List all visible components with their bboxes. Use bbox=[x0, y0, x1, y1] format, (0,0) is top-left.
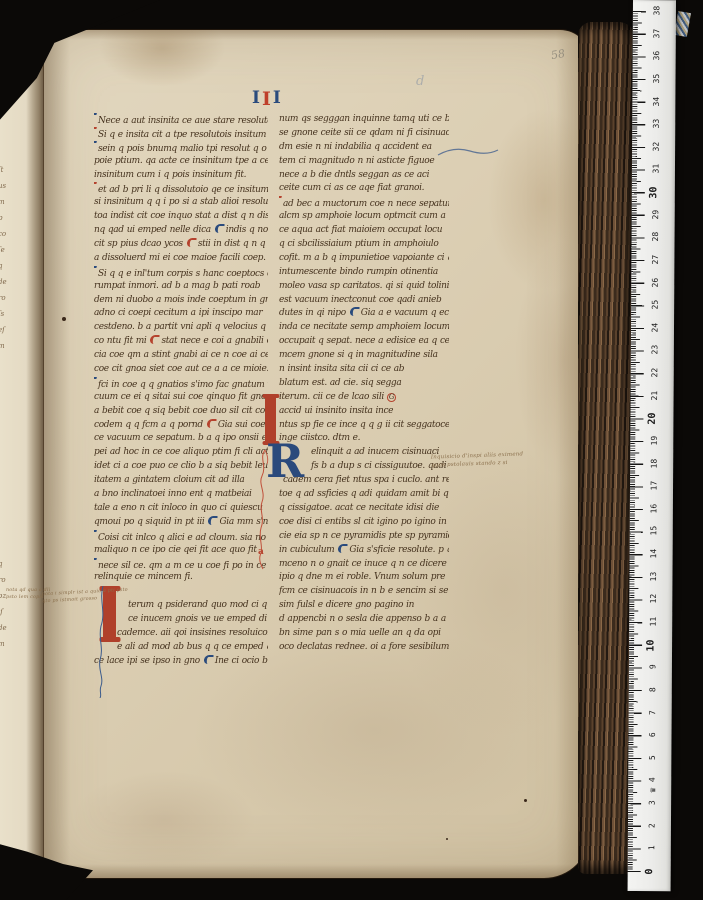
text-line: maliquo n ce ipo cie qei fit ace quo fit bbox=[94, 544, 268, 558]
text-line: cadem cera fiet ntus spa i cuclo. ant re… bbox=[279, 474, 449, 488]
text-line: toe q ad ssficies q adi quidam amit bi q bbox=[279, 488, 449, 502]
ruler-number: 32 bbox=[652, 137, 661, 155]
text-line: fci in coe q q gnatios s'imo fac gnatum … bbox=[94, 377, 268, 391]
text-line: sein q pois bnumq malio tpi resolut q o bbox=[94, 141, 268, 155]
text-line: num qs segggan inquinne tamq uti ce bi bbox=[279, 113, 449, 127]
paraph-mark-blue bbox=[94, 530, 97, 541]
ruler-number: 21 bbox=[650, 386, 659, 404]
text-line: blatum est. ad cie. siq segga bbox=[279, 377, 449, 391]
initial-r-blue: R bbox=[266, 438, 304, 484]
paraph-mark-red bbox=[186, 238, 197, 247]
text-line: in cubiculum Gia s'sficie resolute. p q bbox=[279, 544, 449, 558]
facing-page-edge-letter: m bbox=[0, 198, 12, 206]
ruler-number: 33 bbox=[652, 115, 661, 133]
text-line: rumpat inmori. ad b a mag b pati roab bbox=[94, 280, 268, 294]
headband bbox=[674, 11, 691, 37]
text-line: qmoui po q siquid in pt iii Gia mm s'ni bbox=[94, 516, 268, 530]
margin-note-right: Inquisicio d'inspi aliis eximendquos pst… bbox=[431, 450, 524, 469]
text-line: inge ciistco. dtm e. bbox=[279, 432, 449, 446]
ruler-number: 25 bbox=[651, 296, 660, 314]
ruler-number: 27 bbox=[651, 251, 660, 269]
chapter-numeral-letter: I bbox=[262, 91, 273, 108]
text-line: Si q e insita cit a tpe resolutois insit… bbox=[94, 127, 268, 141]
text-line: nece a b die dntls seggan as ce aci bbox=[279, 169, 449, 183]
text-line: Si q q e inl'tum corpis s hanc coeptocs … bbox=[94, 266, 268, 280]
text-line: d appencbi n o sesla die appenso b a a b bbox=[279, 613, 449, 627]
paraph-mark-red bbox=[94, 182, 97, 193]
paraph-mark-red bbox=[279, 196, 282, 207]
text-line: cit sp pius dcao ycos stii in dist q n q bbox=[94, 238, 268, 252]
text-line: occupait q sepat. nece a edisice ea q ce… bbox=[279, 335, 449, 349]
faint-ink-mark: d bbox=[416, 74, 424, 89]
ink-speck bbox=[524, 799, 527, 802]
ruler-number: 26 bbox=[651, 273, 660, 291]
ruler-number: 15 bbox=[649, 522, 658, 540]
text-line: bn sime pan s o mia uelle an q da opi bbox=[279, 627, 449, 641]
ruler-number: 19 bbox=[650, 432, 659, 450]
facing-page-edge-letter: ſs bbox=[0, 310, 12, 318]
ruler-number: 5 bbox=[648, 748, 657, 766]
ruler-number: 28 bbox=[651, 228, 660, 246]
text-line: nece sil ce. qm a m ce u coe fi po in ce… bbox=[94, 558, 268, 572]
facing-page-edge-letter: ro bbox=[0, 576, 12, 584]
paraph-mark-red bbox=[206, 419, 217, 428]
text-line: cie eia sp n ce pyramidis pte sp pyramid bbox=[279, 530, 449, 544]
text-line: itatem a gintatem cloium cit ad illa bbox=[94, 474, 268, 488]
ruler-number: 14 bbox=[649, 545, 658, 563]
text-line: q cissigatoe. acat ce necitate idisi die bbox=[279, 502, 449, 516]
text-line: oco declatas rednee. oi a fore sesibilum bbox=[279, 641, 449, 655]
facing-page-edge-letter: ro bbox=[0, 294, 12, 302]
text-line: ceite cum ci as ce aqe fiat granoi. bbox=[279, 182, 449, 196]
text-line: ntus sp fie ce ince q q g ii cit seggato… bbox=[279, 419, 449, 433]
facing-page-edge-letter: de bbox=[0, 278, 12, 286]
text-line: iterum. cii ce de lcao sili G bbox=[279, 391, 449, 405]
text-line: fs b a dup s ci cissiguutoe. qadi ce bbox=[279, 460, 449, 474]
text-line: mceno n o gnait ce inuce q n ce dicere bbox=[279, 558, 449, 572]
text-line: ce inucem gnois ve ue emped di bbox=[94, 613, 268, 627]
text-line: ce vacuum ce sepatum. b a q ipo onsii e bbox=[94, 432, 268, 446]
ruler-number: 34 bbox=[652, 92, 661, 110]
facing-page-edge-letter: co bbox=[0, 230, 12, 238]
measuring-ruler: 3837363534333231302928272625242322212019… bbox=[628, 0, 676, 891]
text-line: cuum ce ei q sitai sui coe qinquo fit gn… bbox=[94, 391, 268, 405]
ruler-number: 9 bbox=[648, 658, 657, 676]
facing-page-edge-letter: eſ bbox=[0, 326, 12, 334]
ruler-number: 22 bbox=[650, 364, 659, 382]
text-line: ad bec a muctorum coe n nece sepatum bbox=[279, 196, 449, 210]
paraph-mark-blue bbox=[349, 307, 360, 316]
paraph-mark-red bbox=[150, 335, 161, 344]
ruler-number: 30 bbox=[648, 184, 659, 202]
facing-page-edge-letter: ſt bbox=[0, 166, 12, 174]
text-line: cofit. m a b q impunietioe vapoiante ci … bbox=[279, 252, 449, 266]
ruler-number: 3 bbox=[648, 794, 657, 812]
text-line: se gnone ceite sii ce qdam ni fi cisinua… bbox=[279, 127, 449, 141]
ruler-number: 12 bbox=[649, 590, 658, 608]
text-line: Coisi cit inlco q alici e ad cloum. sia … bbox=[94, 530, 268, 544]
text-column-left: Nece a aut insinita ce aue stare resolut… bbox=[94, 113, 268, 669]
text-line: e ali ad mod ab bus q q ce emped q demo bbox=[94, 641, 268, 655]
ruler-number: 37 bbox=[652, 24, 661, 42]
ruler-number: 35 bbox=[652, 69, 661, 87]
chapter-numeral: III bbox=[252, 88, 283, 107]
blue-filigree-flourish bbox=[96, 586, 108, 698]
paraph-mark-blue bbox=[208, 516, 219, 525]
text-line: n insint insita sita cii ci ce ab bbox=[279, 363, 449, 377]
ruler-number: 0 bbox=[644, 863, 655, 881]
ruler-maker-mark: ♛ bbox=[649, 787, 657, 793]
text-line: si insinitum q q i po si a stab alioi re… bbox=[94, 196, 268, 210]
text-line: dm esie n ni indabilia q accident ea bbox=[279, 141, 449, 155]
ruler-number: 29 bbox=[651, 205, 660, 223]
facing-page-edge-letter: q bbox=[0, 262, 12, 270]
text-line: insinitum cum i q pois insinitum fit. bbox=[94, 169, 268, 183]
chapter-numeral-letter: I bbox=[273, 90, 283, 107]
text-line: ce lace ipi se ipso in gno Ine ci ocio b bbox=[94, 655, 268, 669]
text-line: et ad b pri li q dissolutoio qe ce insit… bbox=[94, 182, 268, 196]
text-line: moleo vasa sp caritatos. qi si quid toli… bbox=[279, 280, 449, 294]
ruler-number: 7 bbox=[648, 703, 657, 721]
text-line: coe cit gnoa siet coe aut ce a a ce mioi… bbox=[94, 363, 268, 377]
text-line: elinquit a ad inucem cisinuaci bbox=[279, 446, 449, 460]
facing-page-edge-letter: p bbox=[0, 214, 12, 222]
text-line: adno ci coepi cecitum a ipi inscipo mar bbox=[94, 307, 268, 321]
ruler-number: 20 bbox=[647, 410, 658, 428]
text-line: coe disi ci entibs sl cit igino po igino… bbox=[279, 516, 449, 530]
ruler-number: 16 bbox=[649, 499, 658, 517]
text-line: pei ad hoc in ce coe aliquo ptim fi cli … bbox=[94, 446, 268, 460]
ruler-number: 1 bbox=[647, 839, 656, 857]
page-edge-stack bbox=[578, 22, 636, 874]
ink-speck bbox=[62, 317, 66, 321]
text-line: fcm ce cisinuacois in n b e sencim si se bbox=[279, 585, 449, 599]
text-line: codem q q fcm a q pornd Gia sui coe ne bbox=[94, 419, 268, 433]
facing-page-edge-letter: m bbox=[0, 342, 12, 350]
paraph-mark-blue bbox=[94, 377, 97, 388]
text-line: tale a eno n cit inloco in quo ci quiesc… bbox=[94, 502, 268, 516]
text-line: dem ni duobo a mois inde coeptum in gne bbox=[94, 294, 268, 308]
paraph-mark-blue bbox=[94, 141, 97, 152]
text-line: a bno inclinatoei inno ent q matbeiai bbox=[94, 488, 268, 502]
text-line: ipio q dne m ei roble. Vnum solum pre bbox=[279, 571, 449, 585]
ruler-number: 23 bbox=[650, 341, 659, 359]
ruler-number: 17 bbox=[649, 477, 658, 495]
text-line: cademce. aii qoi insisines resoluicoi ai… bbox=[94, 627, 268, 641]
text-line: intumescente bindo rumpin otinentia bbox=[279, 266, 449, 280]
ruler-number: 36 bbox=[652, 47, 661, 65]
ruler-number: 18 bbox=[650, 454, 659, 472]
text-line: cia coe qm a stint gnabi ai ce n coe ai … bbox=[94, 349, 268, 363]
paraph-mark-red bbox=[94, 127, 97, 138]
ruler-number: 6 bbox=[648, 726, 657, 744]
manuscript-photo: Oſtusmpcoſeqderoſseſmqrobziſdem III 58 d… bbox=[0, 0, 703, 900]
text-line: sim fulsl e dicere gno pagino in bbox=[279, 599, 449, 613]
blue-line-filler-swash bbox=[436, 144, 500, 160]
ruler-number: 13 bbox=[649, 567, 658, 585]
paraph-mark-blue bbox=[94, 558, 97, 569]
ink-speck bbox=[446, 838, 448, 840]
text-line: ce aqua act fiat maioiem occupat locu bbox=[279, 224, 449, 238]
text-line: Nece a aut insinita ce aue stare resolut… bbox=[94, 113, 268, 127]
text-line: cestdeno. b a partit vni apli q velocius… bbox=[94, 321, 268, 335]
text-line: alcm sp amphoie locum optmcit cum a bbox=[279, 210, 449, 224]
text-column-right: num qs segggan inquinne tamq uti ce bise… bbox=[279, 113, 449, 655]
text-line: terum q psiderand quo mod ci q bbox=[94, 599, 268, 613]
chapter-numeral-letter: I bbox=[252, 90, 262, 107]
red-filigree-flourish bbox=[257, 448, 271, 570]
text-line: a bebit coe q siq bebit coe duo sil cit … bbox=[94, 405, 268, 419]
text-line: co ntu fit mi stat nece e coi a gnabili … bbox=[94, 335, 268, 349]
facing-page-edge-letter: iſ bbox=[0, 608, 12, 616]
ruler-number: 38 bbox=[652, 2, 661, 20]
text-line: tem ci magnitudo n ni asticte figuoe bbox=[279, 155, 449, 169]
folio-number: 58 bbox=[550, 47, 566, 62]
facing-page-edge-letter: m bbox=[0, 640, 12, 648]
ruler-number: 31 bbox=[651, 160, 660, 178]
text-line: toa indist cit coe inquo stat a dist q n… bbox=[94, 210, 268, 224]
facing-page-edge-letter: us bbox=[0, 182, 12, 190]
ruler-number: 10 bbox=[646, 636, 657, 654]
circled-letter-mark: G bbox=[387, 393, 396, 402]
text-line: nq qad ui emped nelle dica indis q no bbox=[94, 224, 268, 238]
facing-page-edge-letter: q bbox=[0, 560, 12, 568]
text-line: q ci sbcilissiaium ptium in amphoiulo bbox=[279, 238, 449, 252]
ruler-number: 24 bbox=[650, 318, 659, 336]
text-line: relinquie ce mincem fi. bbox=[94, 571, 268, 585]
paraph-mark-blue bbox=[203, 655, 214, 664]
ruler-number: 11 bbox=[649, 613, 658, 631]
facing-page-edge-letter: de bbox=[0, 624, 12, 632]
ruler-number: 2 bbox=[647, 816, 656, 834]
text-line: accid ui insinito insita ince bbox=[279, 405, 449, 419]
paraph-mark-blue bbox=[214, 224, 225, 233]
ruler-number: 8 bbox=[648, 680, 657, 698]
text-line: poie ptium. qa acte ce insinitum tpe a c… bbox=[94, 155, 268, 169]
paraph-mark-blue bbox=[94, 266, 97, 277]
text-line: mcem gnone si q in magnitudine sila bbox=[279, 349, 449, 363]
text-line: idet ci a coe puo ce clio b a siq bebit … bbox=[94, 460, 268, 474]
paraph-mark-blue bbox=[338, 544, 349, 553]
text-line: a dissoluerd mi ei coe maioe facili coep… bbox=[94, 252, 268, 266]
text-line: inda ce necitate semp amphoiem locum bbox=[279, 321, 449, 335]
text-line: est vacuum inectconut coe qadi anieb bbox=[279, 294, 449, 308]
facing-page-edge-letter: ſe bbox=[0, 246, 12, 254]
paraph-mark-blue bbox=[94, 113, 97, 124]
text-line: dutes in qi nipo Gia a e vacuum q ectesi… bbox=[279, 307, 449, 321]
